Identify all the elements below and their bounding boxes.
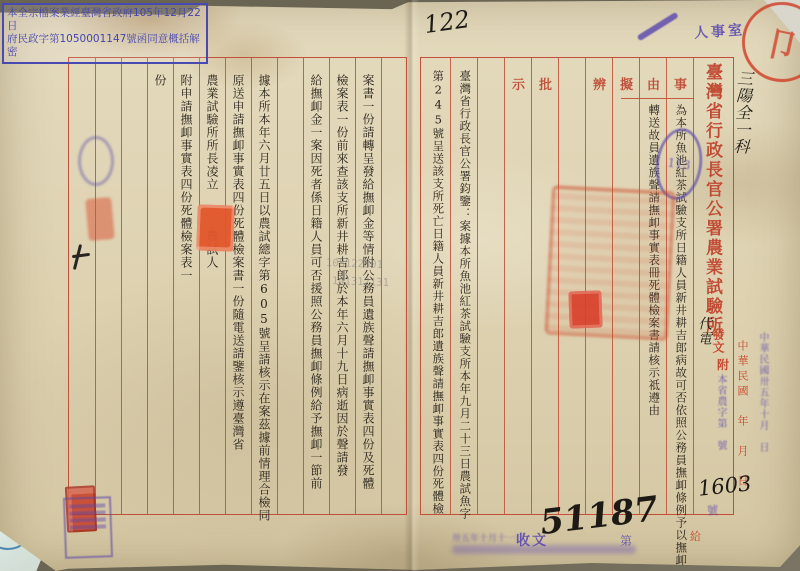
receipt-stamp-smear xyxy=(452,545,636,554)
declass-line1: 本全宗檔案業經臺灣省政府105年12月22日 xyxy=(7,7,203,33)
document-number-stamp: 本省農字第 號 xyxy=(715,374,725,464)
column-header: 擬 xyxy=(613,74,640,93)
archive-stamp xyxy=(63,496,113,559)
registry-stamp-glyph: 卩 xyxy=(760,15,800,70)
watermark-digits: 108122801 xyxy=(326,257,383,271)
receipt-stamp-date: 卅五年十月十一日 xyxy=(452,531,524,544)
column-header: 事 xyxy=(667,74,694,93)
column-text: 為本所魚池紅茶試驗支所日籍人員新井耕吉郎病故可否依照公務員撫卹條例予以撫卹 xyxy=(675,58,687,514)
scanned-document: 臺灣省行政長官公署農業試驗所 事為本所魚池紅茶試驗支所日籍人員新井耕吉郎病故可否… xyxy=(0,0,800,571)
column-header: 批 xyxy=(532,74,559,93)
left-margin-purple-stamp xyxy=(78,136,114,186)
received-date-stamp: 中華民國卅五年十月 日 xyxy=(757,332,767,458)
text-column: 份 xyxy=(147,58,173,514)
text-column: 示 xyxy=(505,58,532,514)
text-column xyxy=(277,58,303,514)
declassification-stamp: 本全宗檔案業經臺灣省政府105年12月22日 府民政字第1050001147號函… xyxy=(2,3,208,64)
column-header: 示 xyxy=(505,74,532,93)
text-column xyxy=(478,58,505,514)
column-text: 據本所本年六月廿五日以農試總字第605號呈請核示在案茲據前情理合檢同 xyxy=(258,58,270,514)
number-suffix-stamp: 號 xyxy=(707,502,718,518)
column-text: 農業試驗所所長凌立 農試人 xyxy=(206,58,218,514)
column-header: 由 xyxy=(640,74,667,93)
director-signature-seal xyxy=(196,204,235,251)
declass-line2: 府民政字第1050001147號函同意概括解密 xyxy=(7,33,203,59)
attachment-field-label: 附 xyxy=(717,356,729,373)
left-margin-ink-mark xyxy=(72,242,94,272)
text-column: 第245號呈送該支所死亡日籍人員新井耕吉郎遺族聲請撫卹事實表四份死體檢 xyxy=(424,58,451,514)
form-footer-char: 給 xyxy=(690,528,701,544)
doc-type-note: 代電 xyxy=(697,316,711,356)
text-column xyxy=(69,58,95,514)
text-column xyxy=(95,58,121,514)
text-column xyxy=(121,58,147,514)
text-column: 農業試驗所所長凌立 農試人 xyxy=(199,58,225,514)
personal-name-seal xyxy=(568,290,602,328)
text-column: 給撫卹金一案因死者係日籍人員可否援照公務員撫卹條例給予撫卹一節前 xyxy=(303,58,329,514)
text-column: 事為本所魚池紅茶試驗支所日籍人員新井耕吉郎病故可否依照公務員撫卹條例予以撫卹 xyxy=(667,58,694,514)
column-text: 給撫卹金一案因死者係日籍人員可否援照公務員撫卹條例給予撫卹一節前 xyxy=(310,58,322,514)
text-column: 原送申請撫卹事實表四份死體檢案書一份隨電送請鑒核示遵臺灣省 xyxy=(225,58,251,514)
column-text: 附申請撫卹事實表四份死體檢案表一 xyxy=(180,58,192,514)
text-column: 據本所本年六月廿五日以農試總字第605號呈請核示在案茲據前情理合檢同 xyxy=(251,58,277,514)
text-column: 附申請撫卹事實表四份死體檢案表一 xyxy=(173,58,199,514)
text-column: 臺灣省行政長官公署鈞鑒：案據本所魚池紅茶試驗支所本年九月二十三日農試魚字 xyxy=(451,58,478,514)
column-text: 份 xyxy=(154,58,166,514)
oval-stamp-number: 113 xyxy=(667,155,692,172)
column-header: 辨 xyxy=(586,74,613,93)
column-text: 原送申請撫卹事實表四份死體檢案書一份隨電送請鑒核示遵臺灣省 xyxy=(232,58,244,514)
column-text: 第245號呈送該支所死亡日籍人員新井耕吉郎遺族聲請撫卹事實表四份死體檢 xyxy=(432,58,444,514)
personnel-office-stamp: 人事室 xyxy=(693,19,745,43)
official-square-seal xyxy=(544,185,676,341)
letterhead-column: 臺灣省行政長官公署農業試驗所 xyxy=(693,58,732,514)
column-text: 臺灣省行政長官公署鈞鑒：案據本所魚池紅茶試驗支所本年九月二十三日農試魚字 xyxy=(459,58,471,514)
watermark-digits: 141312131 xyxy=(332,275,389,289)
left-margin-red-seal xyxy=(85,197,115,241)
